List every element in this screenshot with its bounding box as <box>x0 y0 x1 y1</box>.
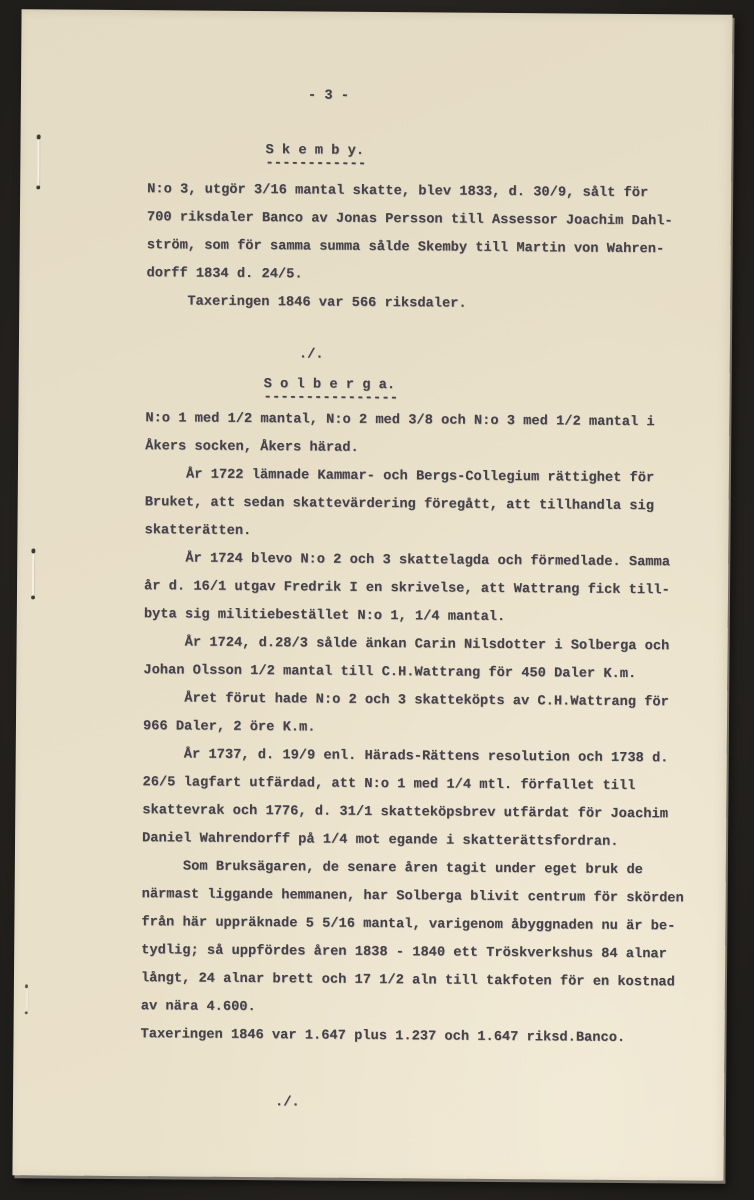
typewritten-line: 700 riksdaler Banco av Jonas Persson til… <box>147 204 673 236</box>
section-separator: ./. <box>299 341 324 369</box>
staple-bar <box>37 137 39 186</box>
typewritten-line: närmast liggande hemmanen, har Solberga … <box>142 881 684 913</box>
staple-bar <box>26 987 28 1011</box>
typewritten-line: Johan Olsson 1/2 mantal till C.H.Wattran… <box>143 657 685 689</box>
staple-hole <box>36 185 41 190</box>
staple-hole <box>30 595 35 600</box>
typewritten-line: 966 Daler, 2 öre K.m. <box>143 713 685 745</box>
typewritten-line: byta sig militiebestället N:o 1, 1/4 man… <box>144 601 686 633</box>
typewritten-line: År 1724 blevo N:o 2 och 3 skattelagda oc… <box>144 545 686 577</box>
title-underline: ------------ <box>265 158 366 171</box>
page-end-separator: ./. <box>275 1089 300 1117</box>
document-page: - 3 - S k e m b y. ------------ N:o 3, u… <box>12 9 732 1181</box>
staple-hole <box>24 1011 28 1015</box>
typewritten-line: Taxeringen 1846 var 566 riksdaler. <box>146 288 672 320</box>
typewritten-line: Året förut hade N:o 2 och 3 skatteköpts … <box>143 685 685 717</box>
typewritten-line: ström, som för samma summa sålde Skemby … <box>147 232 673 264</box>
typewritten-line: År 1724, d.28/3 sålde änkan Carin Nilsdo… <box>144 629 686 661</box>
page-number: - 3 - <box>308 88 349 104</box>
title-underline: ---------------- <box>263 392 398 405</box>
typewritten-line: 26/5 lagfart utfärdad, att N:o 1 med 1/4… <box>142 769 684 801</box>
photo-mount: - 3 - S k e m b y. ------------ N:o 3, u… <box>0 0 754 1200</box>
staple-hole <box>31 548 36 553</box>
typewritten-line: Bruket, att sedan skattevärdering föregå… <box>145 489 687 521</box>
typewritten-line: Daniel Wahrendorff på 1/4 mot egande i s… <box>142 825 684 857</box>
staple-icon <box>30 548 36 599</box>
paragraph-solberga: N:o 1 med 1/2 mantal, N:o 2 med 3/8 och … <box>140 405 687 1053</box>
typewritten-line: från här uppräknade 5 5/16 mantal, varig… <box>141 909 683 941</box>
staple-hole <box>24 984 28 988</box>
paragraph-skemby: N:o 3, utgör 3/16 mantal skatte, blev 18… <box>146 176 673 320</box>
typewritten-line: N:o 3, utgör 3/16 mantal skatte, blev 18… <box>147 176 673 208</box>
staple-icon <box>24 984 30 1014</box>
typewritten-line: Åkers socken, Åkers härad. <box>145 433 687 465</box>
typewritten-line: N:o 1 med 1/2 mantal, N:o 2 med 3/8 och … <box>145 405 687 437</box>
typewritten-line: år d. 16/1 utgav Fredrik I en skrivelse,… <box>144 573 686 605</box>
staple-bar <box>32 551 34 596</box>
typewritten-line: dorff 1834 d. 24/5. <box>146 260 672 292</box>
staple-hole <box>36 134 41 139</box>
typewritten-line: Som Bruksägaren, de senare åren tagit un… <box>142 853 684 885</box>
typewritten-line: Taxeringen 1846 var 1.647 plus 1.237 och… <box>140 1021 682 1053</box>
typewritten-line: År 1722 lämnade Kammar- och Bergs-Colleg… <box>145 461 687 493</box>
typewritten-line: långt, 24 alnar brett och 17 1/2 aln til… <box>141 965 683 997</box>
typewritten-line: År 1737, d. 19/9 enl. Härads-Rättens res… <box>143 741 685 773</box>
staple-icon <box>35 134 41 189</box>
typewritten-line: skatterätten. <box>144 517 686 549</box>
typewritten-line: skattevrak och 1776, d. 31/1 skatteköpsb… <box>142 797 684 829</box>
typewritten-line: tydlig; så uppfördes åren 1838 - 1840 et… <box>141 937 683 969</box>
typewritten-line: av nära 4.600. <box>141 993 683 1025</box>
